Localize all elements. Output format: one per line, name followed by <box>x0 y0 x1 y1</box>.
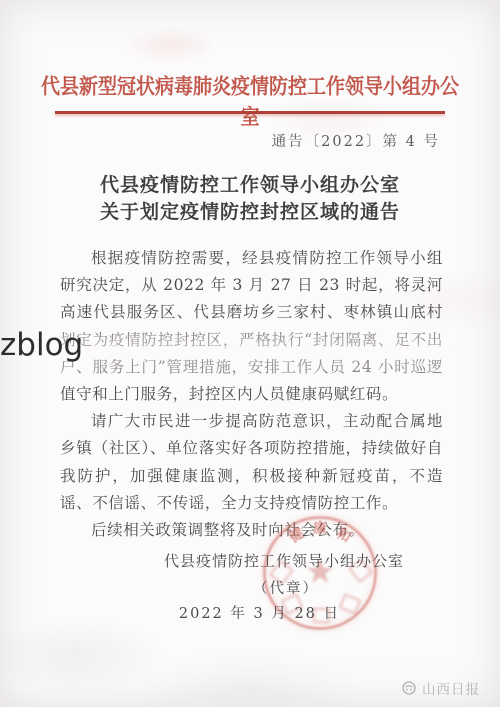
letterhead-rule <box>55 111 445 114</box>
seal-arc-char: 健 <box>286 525 308 547</box>
body-paragraph-3: 后续相关政策调整将及时向社会公布。 <box>60 517 443 544</box>
notice-title: 代县疫情防控工作领导小组办公室 关于划定疫情防控封控区域的通告 <box>40 172 460 226</box>
footer-source-label: 山西日报 <box>422 678 480 698</box>
signature-date: 2022 年 3 月 28 日 <box>179 602 340 623</box>
scanned-notice-page: 代县新型冠状病毒肺炎疫情防控工作领导小组办公室 通告〔2022〕第 4 号 代县… <box>0 0 500 707</box>
notice-body: 根据疫情防控需要，经县疫情防控工作领导小组研究决定，从 2022 年 3 月 2… <box>60 245 443 544</box>
notice-title-line-2: 关于划定疫情防控封控区域的通告 <box>40 199 460 226</box>
body-paragraph-2: 请广大市民进一步提高防范意识，主动配合属地乡镇（社区）、单位落实好各项防控措施，… <box>60 408 443 517</box>
footer-source: 山西日报 <box>401 678 480 698</box>
watermark-zblog: zblog <box>0 327 83 363</box>
doc-number: 通告〔2022〕第 4 号 <box>272 130 440 151</box>
body-paragraph-1: 根据疫情防控需要，经县疫情防控工作领导小组研究决定，从 2022 年 3 月 2… <box>60 245 443 408</box>
notice-title-line-1: 代县疫情防控工作领导小组办公室 <box>40 172 460 199</box>
letterhead-title: 代县新型冠状病毒肺炎疫情防控工作领导小组办公室 <box>38 70 462 130</box>
shanxi-daily-logo-icon <box>401 680 417 696</box>
signature-org: 代县疫情防控工作领导小组办公室 <box>164 550 404 571</box>
seal-arc-char: 康 <box>312 521 328 537</box>
seal-arc-char: 和 <box>332 525 354 547</box>
signature-seal-note: （代章） <box>253 577 319 598</box>
